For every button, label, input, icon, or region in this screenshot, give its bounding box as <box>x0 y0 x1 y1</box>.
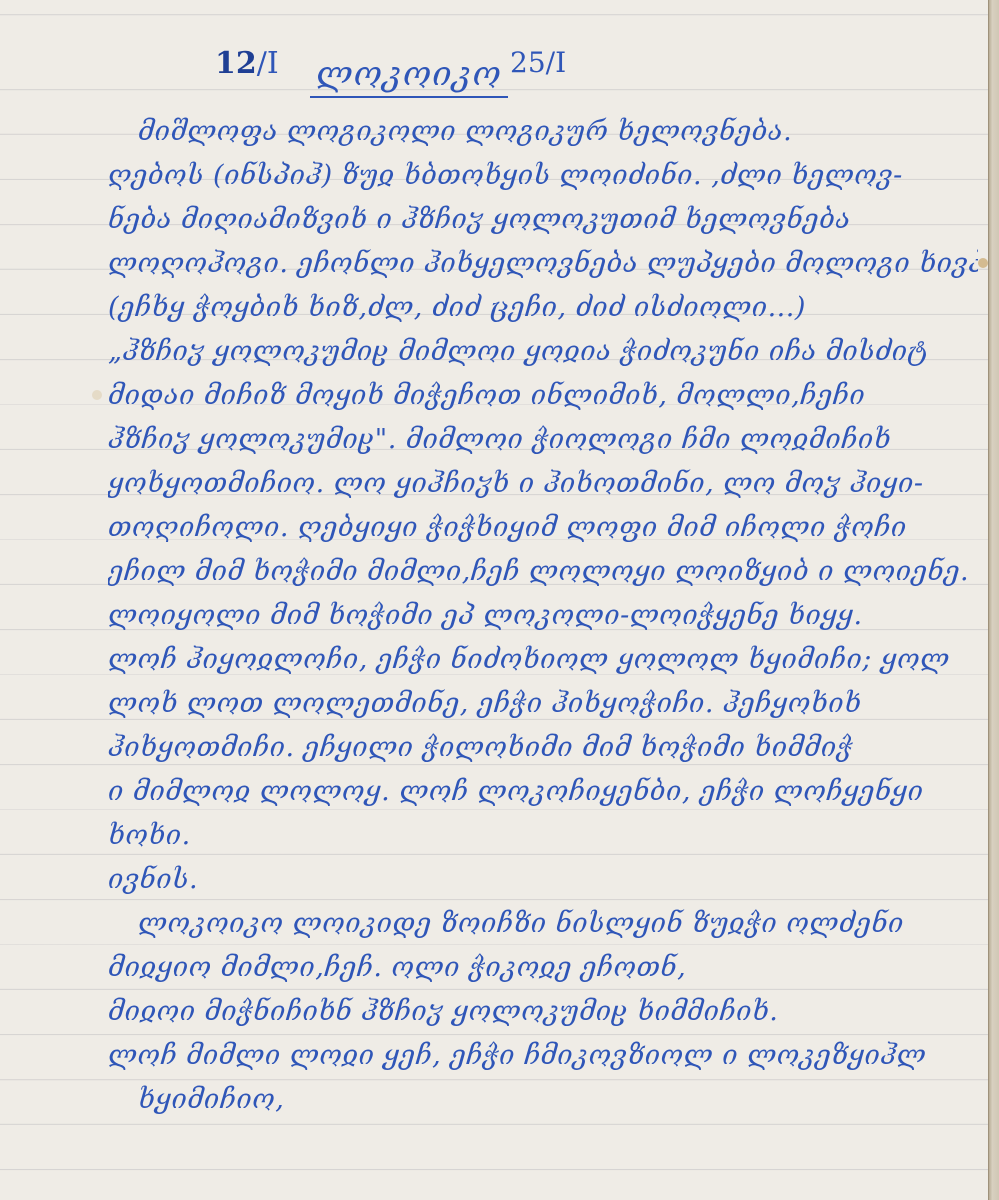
text-line: ლოიყოლი მიმ ხოჭიმი ეპ ლოკოლი-ლოიჭყენე ხი… <box>108 594 978 638</box>
text-line: მიჲყიო მიმლი,ჩეჩ. ოლი ჭიკოჲე ეჩოთნ, <box>108 946 978 990</box>
text-line: ჰიხყოთმიჩი. ეჩყილი ჭილოხიმი მიმ ხოჭიმი ხ… <box>108 726 978 770</box>
text-line: მიშლოფა ლოგიკოლი ლოგიკურ ხელოვნება. <box>108 110 978 154</box>
text-line: ნება მიღიამიზვიხ ი ჰზჩიჳ ყოლოკუთიმ ხელოვ… <box>108 198 978 242</box>
notebook-page: 12/I ლოკოიკო 25/I მიშლოფა ლოგიკოლი ლოგიკ… <box>0 0 988 1200</box>
date-right: 25/I <box>510 46 566 79</box>
date-left-month: /I <box>257 46 279 81</box>
paper-spot <box>978 258 988 268</box>
subheading: ივნის. <box>108 858 198 902</box>
date-left-day: 12 <box>215 46 257 81</box>
text-line: ლოღოჰოგი. ეჩონლი ჰიხყელოვნება ლუპყები მო… <box>108 242 978 286</box>
subheading-line: ივნის. <box>108 858 978 902</box>
text-line: (ეჩხყ ჭოყბიხ ხიზ,ძლ, ძიძ ცეჩი, ძიძ ისძიო… <box>108 286 978 330</box>
paper-spot <box>92 390 102 400</box>
text-line: ჰზჩიჳ ყოლოკუმიჸ". მიმლოი ჭიოლოგი ჩმი ლოჲ… <box>108 418 978 462</box>
text-line: ი მიმლოჲ ლოლოყ. ლოჩ ლოკოჩიყენბი, ეჩჭი ლო… <box>108 770 978 814</box>
text-line: მიჲოი მიჭნიჩიხნ ჰზჩიჳ ყოლოკუმიჸ ხიმმიჩიხ… <box>108 990 978 1034</box>
text-line: ყოხყოთმიჩიო. ლო ყიჰჩიჳხ ი ჰიხოთმინი, ლო … <box>108 462 978 506</box>
text-line: ხოხი. <box>108 814 978 858</box>
notebook-binding-edge <box>988 0 999 1200</box>
handwritten-body: მიშლოფა ლოგიკოლი ლოგიკურ ხელოვნება. ღებო… <box>108 110 978 1122</box>
date-left: 12/I <box>215 46 279 81</box>
text-line: თოღიჩოლი. ღებყიყი ჭიჭხიყიმ ლოფი მიმ იჩოლ… <box>108 506 978 550</box>
text-line: ლოჩ მიმლი ლოჲი ყეჩ, ეჩჭი ჩმიკოვზიოლ ი ლო… <box>108 1034 978 1078</box>
page-header: 12/I ლოკოიკო 25/I <box>215 46 575 106</box>
text-line: ხყიმიჩიო, <box>108 1078 978 1122</box>
text-line: ეჩილ მიმ ხოჭიმი მიმლი,ჩეჩ ლოლოყი ლოიზყიბ… <box>108 550 978 594</box>
text-line: ღებოს (ინსპიჰ) ზუჲ ხბთოხყის ლოიძინი. ,ძლ… <box>108 154 978 198</box>
text-line: ლოხ ლოთ ლოლეთმინე, ეჩჭი ჰიხყოჭიჩი. ჰეჩყო… <box>108 682 978 726</box>
page-title: ლოკოიკო <box>310 54 508 98</box>
text-line: ლოკოიკო ლოიკიდე ზოიჩზი ნისლყინ ზუჲჭი ოლძ… <box>108 902 978 946</box>
text-line: ლოჩ ჰიყოჲლოჩი, ეჩჭი ნიძოხიოლ ყოლოლ ხყიმი… <box>108 638 978 682</box>
text-line: მიდაი მიჩიზ მოყიხ მიჭეჩოთ ინლიმიხ, მოლლი… <box>108 374 978 418</box>
text-line: „ჰზჩიჳ ყოლოკუმიჸ მიმლოი ყოჲია ჭიძოკუნი ი… <box>108 330 978 374</box>
